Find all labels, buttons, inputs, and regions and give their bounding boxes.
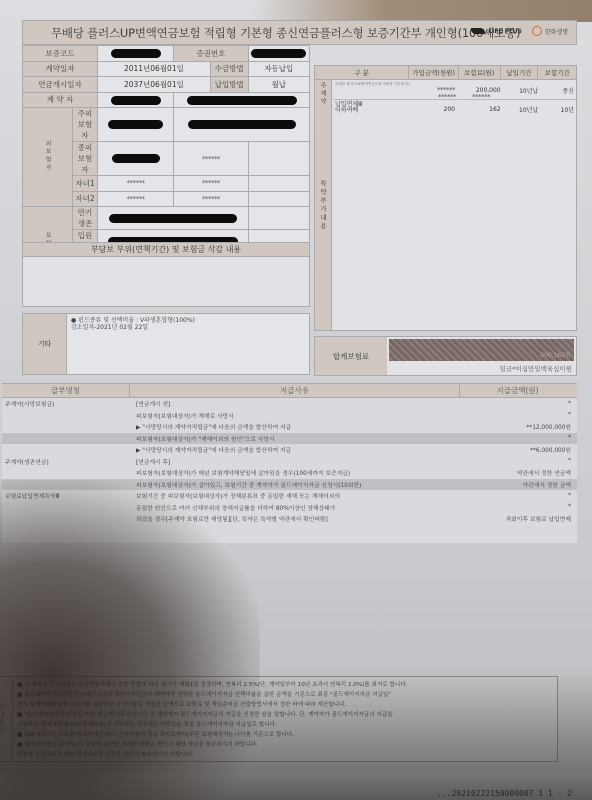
redacted-block bbox=[251, 49, 306, 58]
fund-selection-text: ● 펀드종류 및 선택비율 : V파생혼합형(100%) bbox=[71, 317, 195, 324]
reduction-date-text: 감소일자-2021년 02월 22일 bbox=[71, 324, 195, 331]
benefit-row: 피보험자(보험대상자)가 재해로 사망시* bbox=[2, 410, 577, 422]
benefit-amount: * bbox=[460, 412, 575, 418]
lifeplus-logo: LIFE PLUS bbox=[471, 28, 522, 35]
benefit-reason: 피보험자(보험대상자)가 "재해이외의 원인"으로 사망시 bbox=[130, 434, 460, 443]
notice-line: ■ 골드에이지자금이란 연금개시시점의 계약자적립금에 계약자가 선택한 골드에… bbox=[17, 690, 407, 700]
benefit-name: 주계약(사망보험금) bbox=[2, 399, 130, 408]
row-contract-date: 계약일자 2011년06월01일 수금방법 자동납입 bbox=[23, 61, 310, 77]
notice-line: 까지 월계약해당일에 유지비를 차감하고 공시이율로 적립한 금액으로 보험료 … bbox=[17, 700, 407, 710]
benefit-reason: ▶ "사망당시의 계약자적립금"에 다음의 금액을 합산하여 지급 bbox=[130, 422, 460, 431]
benefit-row: 보험료납입면제특약Ⅲ보험기간 중 피보험자(보험대상자)가 장해분류표 중 동일… bbox=[2, 490, 577, 502]
coverage-header: 구 분 가입금액(천원) 보험료(원) 납입기간 보험기간 bbox=[315, 66, 576, 80]
notice-box: 안내문구 ■ 이 계약의 공시이율은 사업방법서에서 정한 방법에 따라 회사가… bbox=[0, 676, 558, 762]
benefit-reason: 피보험자(보험대상자)가 재해로 사망시 bbox=[130, 411, 460, 420]
page-code: ...20210222150000007 1 1 - 2 bbox=[437, 789, 572, 798]
benefit-amount: 약관에서 정한 금액 bbox=[460, 480, 575, 489]
rider-label: 특약부가내용 bbox=[319, 180, 328, 231]
brand-logos: LIFE PLUS 한화생명 bbox=[471, 26, 568, 36]
notice-line: 신청하기 전에 피보험자(보험대상자)가 사망하는 경우에는 사망일을 최종 골… bbox=[17, 720, 407, 730]
benefit-amount: * bbox=[460, 401, 575, 407]
coverage-box: 구 분 가입금액(천원) 보험료(원) 납입기간 보험기간 주계약 특약부가내용… bbox=[314, 65, 577, 331]
redacted-block bbox=[111, 49, 161, 58]
lifeplus-bird-icon bbox=[471, 28, 485, 34]
title-bar: 무배당 플러스UP변액연금보험 적립형 기본형 종신연금플러스형 보증기간부 개… bbox=[22, 20, 577, 45]
benefit-row: 피보험자(보험대상자)가 살아있고, 보험기간 중 계약자가 골드에이지자금 신… bbox=[2, 479, 577, 491]
redacted-block bbox=[187, 96, 297, 105]
background-table-surface bbox=[252, 0, 592, 22]
benefit-amount: 차회이후 보험료 납입면제 bbox=[460, 514, 575, 523]
benefit-row: ▶ "사망당시의 계약자적립금"에 다음의 금액을 합산하여 지급**6,000… bbox=[2, 444, 577, 456]
benefit-amount: * bbox=[460, 435, 575, 441]
row-policyholder: 계 약 자 bbox=[23, 92, 310, 108]
notice-line: ■ 100세보증은 피보험자(보험대상자)의 신부부형의 경우 주피보험자(주된… bbox=[17, 730, 407, 740]
redacted-block bbox=[188, 120, 296, 129]
benefit-row: 동일한 원인으로 여러 신체부위의 장해지급률을 더하여 80%이상인 장해상태… bbox=[2, 502, 577, 514]
benefit-rows: 주계약(사망보험금)[연금개시 전]*피보험자(보험대상자)가 재해로 사망시*… bbox=[2, 398, 577, 525]
total-premium-label: 합계보험료 bbox=[315, 337, 387, 375]
benefit-row: 주계약(사망보험금)[연금개시 전]* bbox=[2, 398, 577, 410]
benefit-row: 되었을 경우[주계약 보험료만 해당됨][단, 특약은 특약별 약관에서 확인바… bbox=[2, 513, 577, 525]
footer: ...20210222150000007 1 1 - 2 bbox=[0, 772, 592, 800]
benefit-reason: 보험기간 중 피보험자(보험대상자)가 장해분류표 중 동일한 재해 또는 재해… bbox=[130, 491, 460, 500]
main-contract-label: 주계약 bbox=[318, 82, 327, 112]
benefit-row: ▶ "사망당시의 계약자적립금"에 다음의 금액을 합산하여 지급**12,00… bbox=[2, 421, 577, 433]
notice-line: ■ 계약자적립금 및 기타 이 보험과 관련한 자세한 사항은 반드시 해당 약… bbox=[17, 740, 407, 750]
benefit-row: 피보험자(보험대상자)가 "재해이외의 원인"으로 사망시* bbox=[2, 433, 577, 445]
benefit-amount: * bbox=[460, 458, 575, 464]
coverage-row-rider: 이하여백 200 162 10년납 10년 bbox=[333, 105, 576, 113]
row-beneficiary-maturity: 보험수익자 만기생존 bbox=[23, 207, 310, 230]
etc-label: 기타 bbox=[23, 314, 67, 374]
benefit-reason: [연금개시 전] bbox=[130, 399, 460, 408]
benefit-amount: **6,000,000원 bbox=[460, 445, 575, 454]
hanwha-logo: 한화생명 bbox=[532, 26, 568, 36]
total-premium-words: 일금*이십만일백육십이원 bbox=[500, 364, 572, 373]
notice-label: 안내문구 bbox=[0, 703, 5, 735]
benefit-reason: 피보험자(보험대상자)가 살아있고, 보험기간 중 계약자가 골드에이지자금 신… bbox=[130, 480, 460, 489]
redacted-block bbox=[109, 214, 237, 223]
row-guarantee-code: 보증코드 증권번호 bbox=[23, 46, 310, 62]
redacted-block bbox=[108, 120, 163, 129]
benefit-reason: 피보험자(보험대상자)가 매년 보험계약해당일에 살아있을 경우(100세까지 … bbox=[130, 468, 460, 477]
benefit-reason: 동일한 원인으로 여러 신체부위의 장해지급률을 더하여 80%이상인 장해상태… bbox=[130, 503, 460, 512]
benefit-amount: * bbox=[460, 504, 575, 510]
benefit-reason: [연금개시 후] bbox=[130, 457, 460, 466]
benefit-amount: * bbox=[460, 493, 575, 499]
row-annuity-start: 연금개시일자 2037년06월01일 납입방법 월납 bbox=[23, 77, 310, 93]
redacted-block bbox=[111, 96, 161, 105]
redacted-block bbox=[112, 154, 160, 163]
notice-line: 상품별 보장내용에 대한 상세내용은 약관을 반드시 참조하시기 바랍니다. bbox=[17, 750, 407, 760]
benefit-table: 급부명칭 지급사유 지급금액(원) 주계약(사망보험금)[연금개시 전]*피보험… bbox=[2, 383, 577, 543]
hanwha-circle-icon bbox=[532, 26, 542, 36]
notice-lines: ■ 이 계약의 공시이율은 사업방법서에서 정한 방법에 따라 회사가 매월1일… bbox=[17, 680, 407, 760]
insured-group-label: 피보험자 bbox=[43, 140, 52, 172]
benefit-row: 주계약(생존연금)[연금개시 후]* bbox=[2, 456, 577, 468]
total-premium-security-pattern: 200,162원 bbox=[389, 339, 574, 361]
benefit-row: 피보험자(보험대상자)가 매년 보험계약해당일에 살아있을 경우(100세까지 … bbox=[2, 467, 577, 479]
total-premium-box: 합계보험료 200,162원 일금*이십만일백육십이원 bbox=[314, 336, 577, 376]
policy-certificate: 무배당 플러스UP변액연금보험 적립형 기본형 종신연금플러스형 보증기간부 개… bbox=[22, 20, 577, 45]
coverage-side-labels: 주계약 특약부가내용 bbox=[315, 80, 332, 330]
benefit-amount: **12,000,000원 bbox=[460, 422, 575, 431]
total-premium-amount: 200,162원 bbox=[540, 350, 571, 359]
benefit-reason: ▶ "사망당시의 계약자적립금"에 다음의 금액을 합산하여 지급 bbox=[130, 445, 460, 454]
benefit-reason: 되었을 경우[주계약 보험료만 해당됨][단, 특약은 특약별 약관에서 확인바… bbox=[130, 514, 460, 523]
notice-line: ■ "골드에이지자금 지급일"이란 연금개시후 보험기간 중 계약자가 골드에이… bbox=[17, 710, 407, 720]
exclusion-title: 부담보 부위(면책기간) 및 보험금 삭감 내용 bbox=[23, 243, 309, 257]
document-title: 무배당 플러스UP변액연금보험 적립형 기본형 종신연금플러스형 보증기간부 개… bbox=[51, 25, 520, 41]
exclusion-box: 부담보 부위(면책기간) 및 보험금 삭감 내용 bbox=[22, 242, 310, 307]
benefit-header: 급부명칭 지급사유 지급금액(원) bbox=[2, 384, 577, 398]
benefit-name: 보험료납입면제특약Ⅲ bbox=[2, 491, 130, 500]
document-page: 무배당 플러스UP변액연금보험 적립형 기본형 종신연금플러스형 보증기간부 개… bbox=[0, 0, 592, 800]
benefit-amount: 약관에서 정한 연금액 bbox=[460, 468, 575, 477]
row-insured-main: 피보험자 주피보험자 bbox=[23, 108, 310, 142]
benefit-name: 주계약(생존연금) bbox=[2, 457, 130, 466]
notice-line: ■ 이 계약의 공시이율은 사업방법서에서 정한 방법에 따라 회사가 매월1일… bbox=[17, 680, 407, 690]
etc-box: 기타 ● 펀드종류 및 선택비율 : V파생혼합형(100%) 감소일자-202… bbox=[22, 313, 310, 375]
